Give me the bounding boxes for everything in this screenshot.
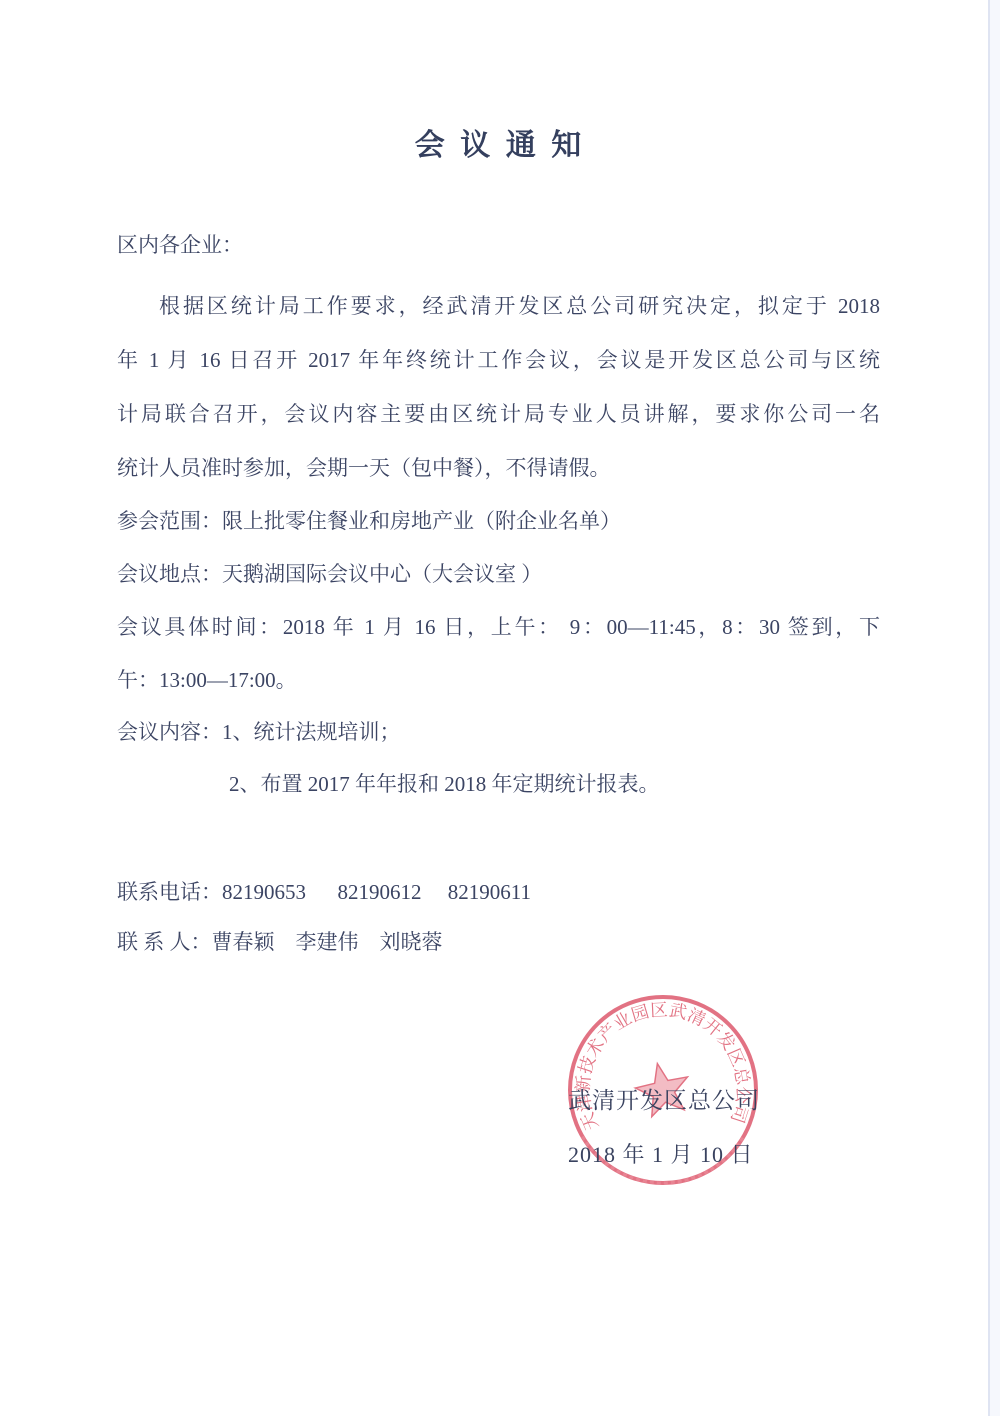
- line-agenda-2: 2、布置 2017 年年报和 2018 年定期统计报表。: [117, 770, 880, 798]
- line-venue: 会议地点：天鹅湖国际会议中心（大会议室 ）: [117, 560, 880, 588]
- line-scope: 参会范围：限上批零住餐业和房地产业（附企业名单）: [117, 507, 880, 535]
- signature-company: 武清开发区总公司: [568, 1086, 760, 1116]
- scanned-notice-page: 会 议 通 知 区内各企业： 根据区统计局工作要求，经武清开发区总公司研究决定，…: [0, 0, 1000, 1416]
- scan-edge-strip: [990, 0, 1000, 1416]
- line-phones: 联系电话：82190653 82190612 82190611: [117, 878, 880, 906]
- line-para-3: 计局联合召开，会议内容主要由区统计局专业人员讲解，要求你公司一名: [117, 400, 880, 428]
- line-para-1: 根据区统计局工作要求，经武清开发区总公司研究决定，拟定于 2018: [117, 292, 880, 320]
- page-title: 会 议 通 知: [0, 126, 1000, 166]
- line-salutation: 区内各企业：: [117, 231, 880, 259]
- scan-edge-line: [988, 0, 990, 1416]
- signature-date: 2018 年 1 月 10 日: [568, 1140, 754, 1170]
- line-contacts: 联 系 人：曹春颖 李建伟 刘晓蓉: [117, 928, 880, 956]
- line-para-2: 年 1 月 16 日召开 2017 年年终统计工作会议，会议是开发区总公司与区统: [117, 346, 880, 374]
- line-time-2: 午：13:00—17:00。: [117, 666, 880, 694]
- line-para-4: 统计人员准时参加，会期一天（包中餐），不得请假。: [117, 454, 880, 482]
- line-time-1: 会议具体时间：2018 年 1 月 16 日，上午： 9：00—11:45，8：…: [117, 613, 880, 641]
- line-agenda-1: 会议内容：1、统计法规培训；: [117, 718, 880, 746]
